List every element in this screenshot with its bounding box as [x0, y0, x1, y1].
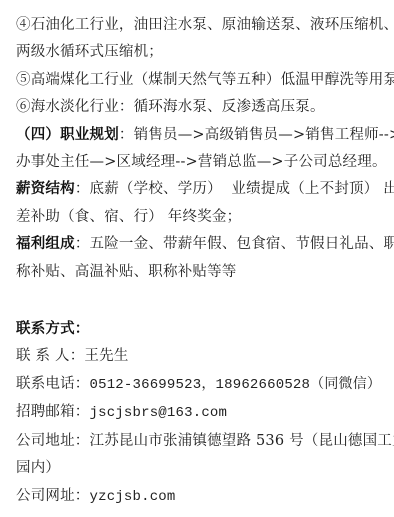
contact-website-value[interactable]: yzcjsb.com — [90, 489, 176, 505]
career-plan-colon: ： — [119, 127, 134, 143]
industry-item-5: ⑤高端煤化工行业（煤制天然气等五种）低温甲醇洗等用泵； — [16, 67, 388, 94]
contact-person-label: 联 系 人： — [16, 348, 84, 364]
industry-item-4-line-1: ④石油化工行业，油田注水泵、原油输送泵、液环压缩机、 — [16, 12, 388, 39]
document-body: ④石油化工行业，油田注水泵、原油输送泵、液环压缩机、 两级水循环式压缩机； ⑤高… — [16, 12, 388, 511]
career-plan-text: 销售员—>高级销售员—>销售工程师--> — [134, 127, 394, 143]
salary-line-1: 薪资结构：底薪（学校、学历） 业绩提成（上不封顶） 出 — [16, 176, 388, 203]
contact-person: 联 系 人：王先生 — [16, 343, 388, 370]
contact-website-label: 公司网址： — [16, 488, 90, 504]
benefits-line-2: 称补贴、高温补贴、职称补贴等等 — [16, 259, 388, 286]
salary-heading: 薪资结构 — [16, 181, 75, 197]
industry-item-4-line-2: 两级水循环式压缩机； — [16, 39, 388, 66]
contact-email-value[interactable]: jscjsbrs@163.com — [90, 405, 228, 421]
salary-text: 底薪（学校、学历） 业绩提成（上不封顶） 出 — [90, 181, 394, 197]
contact-address-value: 江苏昆山市张浦镇德望路 536 号（昆山德国工业 — [90, 433, 394, 449]
benefits-heading: 福利组成 — [16, 236, 75, 252]
contact-address-line-2: 园内） — [16, 455, 388, 482]
salary-colon: ： — [75, 181, 90, 197]
contact-phone: 联系电话：0512-36699523，18962660528（同微信） — [16, 371, 388, 399]
contact-heading-line: 联系方式： — [16, 316, 388, 343]
section-spacer — [16, 286, 388, 316]
contact-email: 招聘邮箱：jscjsbrs@163.com — [16, 399, 388, 427]
contact-phone-label: 联系电话： — [16, 376, 90, 392]
benefits-colon: ： — [75, 236, 90, 252]
contact-address-label: 公司地址： — [16, 433, 90, 449]
contact-phone-value: 0512-36699523，18962660528（同微信） — [90, 377, 382, 393]
career-plan-heading: （四）职业规划 — [16, 127, 119, 143]
benefits-text: 五险一金、带薪年假、包食宿、节假日礼品、职 — [90, 236, 394, 252]
contact-website: 公司网址：yzcjsb.com — [16, 483, 388, 511]
contact-heading: 联系方式： — [16, 321, 90, 337]
contact-email-label: 招聘邮箱： — [16, 404, 90, 420]
career-plan-line-2: 办事处主任—>区域经理-->营销总监—>子公司总经理。 — [16, 149, 388, 176]
benefits-line-1: 福利组成：五险一金、带薪年假、包食宿、节假日礼品、职 — [16, 231, 388, 258]
contact-address-line-1: 公司地址：江苏昆山市张浦镇德望路 536 号（昆山德国工业 — [16, 428, 388, 455]
contact-person-value: 王先生 — [84, 348, 128, 364]
industry-item-6: ⑥海水淡化行业：循环海水泵、反渗透高压泵。 — [16, 94, 388, 121]
salary-line-2: 差补助（食、宿、行） 年终奖金； — [16, 204, 388, 231]
career-plan-line-1: （四）职业规划：销售员—>高级销售员—>销售工程师--> — [16, 122, 388, 149]
